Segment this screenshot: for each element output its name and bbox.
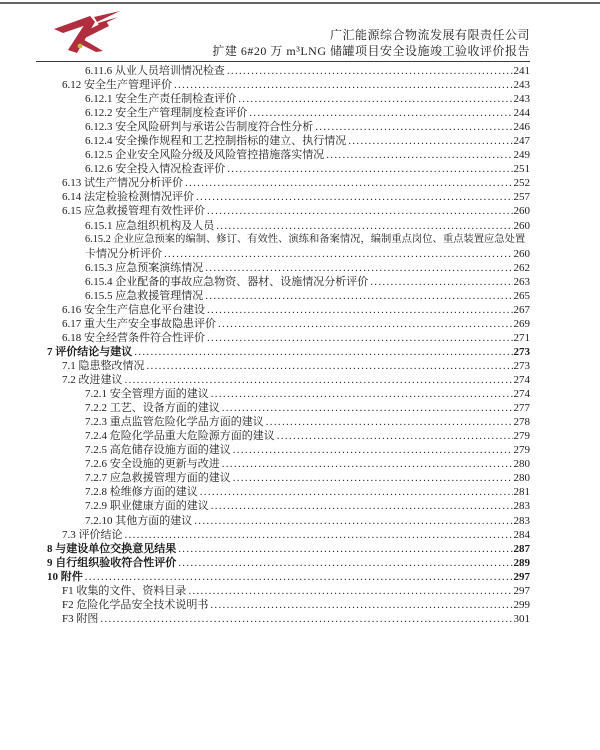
toc-entry-leader (194, 514, 512, 528)
toc-entry: 6.12.4 安全操作规程和工艺控制指标的建立、执行情况 247 (36, 134, 530, 148)
company-logo-icon (50, 10, 122, 56)
toc-entry-page: 263 (514, 275, 531, 289)
toc-entry-text: 7.1 隐患整改情况 (62, 359, 145, 373)
toc-entry-text: 7.2.9 职业健康方面的建议 (85, 499, 209, 513)
toc-entry-leader (207, 331, 513, 345)
document-page: 广汇能源综合物流发展有限责任公司 扩建 6#20 万 m³LNG 储罐项目安全设… (0, 0, 600, 750)
toc-entry-page: 267 (514, 303, 531, 317)
toc-entry: 6.12.1 安全生产责任制检查评价 243 (36, 92, 530, 106)
toc-entry-leader (164, 247, 513, 261)
toc-entry: 8 与建设单位交换意见结果 287 (36, 542, 530, 556)
toc-entry: 7.2 改进建议 274 (36, 373, 530, 387)
page-header: 广汇能源综合物流发展有限责任公司 扩建 6#20 万 m³LNG 储罐项目安全设… (170, 27, 530, 59)
toc-entry-leader (125, 373, 513, 387)
toc-entry-text: 7.2.3 重点监管危险化学品方面的建议 (85, 415, 264, 429)
toc-entry-page: 252 (514, 176, 531, 190)
toc-entry-leader (222, 457, 513, 471)
toc-entry-page: 243 (514, 92, 531, 106)
toc-entry-leader (147, 359, 513, 373)
toc-entry: 6.18 安全经营条件符合性评价 271 (36, 331, 530, 345)
toc-entry-page: 273 (514, 359, 531, 373)
toc-entry-page: 301 (514, 612, 531, 626)
toc-entry: 7.2.6 安全设施的更新与改进 280 (36, 457, 530, 471)
toc-entry-text: 6.12 安全生产管理评价 (62, 78, 172, 92)
toc-entry-text: 6.18 安全经营条件符合性评价 (62, 331, 205, 345)
toc-entry-text: 7.2.5 高危储存设施方面的建议 (85, 443, 231, 457)
toc-entry-page: 251 (514, 162, 531, 176)
toc-entry-text: 7.2.7 应急救援管理方面的建议 (85, 471, 231, 485)
toc-entry-text: 7.3 评价结论 (62, 528, 123, 542)
toc-entry: 9 自行组织验收符合性评价 289 (36, 556, 530, 570)
toc-entry-text: 8 与建设单位交换意见结果 (47, 542, 176, 556)
toc-entry-page: 297 (514, 584, 531, 598)
toc-entry-page: 247 (514, 134, 531, 148)
toc-entry-text: 7.2.2 工艺、设备方面的建议 (85, 401, 220, 415)
toc-entry: 6.12.3 安全风险研判与承诺公告制度符合性分析 246 (36, 120, 530, 134)
toc-entry: 7.2.1 安全管理方面的建议 274 (36, 387, 530, 401)
toc-entry: F3 附图 301 (36, 612, 530, 626)
toc-entry-text: 10 附件 (47, 570, 83, 584)
toc-entry-page: 274 (514, 387, 531, 401)
toc-entry-text: 6.12.3 安全风险研判与承诺公告制度符合性分析 (85, 120, 313, 134)
toc-entry-leader (196, 190, 513, 204)
toc-entry-leader (326, 148, 512, 162)
toc-entry-leader (205, 261, 512, 275)
page-top-edge (0, 2, 600, 4)
toc-entry-text: 6.11.6 从业人员培训情况检查 (85, 64, 225, 78)
toc-entry-text: 6.12.1 安全生产责任制检查评价 (85, 92, 236, 106)
toc-entry: 7.2.8 检维修方面的建议 281 (36, 485, 530, 499)
toc-entry-page: 260 (514, 204, 531, 218)
toc-entry: 7.2.3 重点监管危险化学品方面的建议 278 (36, 415, 530, 429)
toc-entry-leader (227, 162, 512, 176)
toc-entry-page: 243 (514, 78, 531, 92)
toc-entry-page: 283 (514, 514, 531, 528)
toc-entry-text: 7.2.1 安全管理方面的建议 (85, 387, 209, 401)
toc-entry-text: 6.12.2 安全生产管理制度检查评价 (85, 106, 247, 120)
toc-entry-leader (370, 275, 512, 289)
toc-entry-page: 260 (514, 219, 531, 233)
toc-entry-leader (185, 176, 513, 190)
toc-entry-text: 7.2 改进建议 (62, 373, 123, 387)
toc-entry: 10 附件 297 (36, 570, 530, 584)
toc-entry-text: 6.15 应急救援管理有效性评价 (62, 204, 205, 218)
toc-entry-page: 271 (514, 331, 531, 345)
toc-entry: 7.2.9 职业健康方面的建议 283 (36, 499, 530, 513)
toc-entry: 6.12.6 安全投入情况检查评价 251 (36, 162, 530, 176)
toc-entry: 卡情况分析评价 260 (36, 247, 530, 261)
toc-entry-page: 277 (514, 401, 531, 415)
toc-entry-leader (216, 219, 512, 233)
toc-entry-page: 289 (514, 556, 531, 570)
toc-entry: F2 危险化学品安全技术说明书 299 (36, 598, 530, 612)
toc-entry: 6.11.6 从业人员培训情况检查 241 (36, 64, 530, 78)
toc-entry-text: 6.17 重大生产安全事故隐患评价 (62, 317, 216, 331)
toc-entry: 7.1 隐患整改情况 273 (36, 359, 530, 373)
toc-entry-leader (348, 134, 512, 148)
toc-entry: 6.15.5 应急救援管理情况 265 (36, 289, 530, 303)
toc-entry-page: 265 (514, 289, 531, 303)
toc-entry: 6.15.4 企业配备的事故应急物资、器材、设施情况分析评价 263 (36, 275, 530, 289)
toc-entry-leader (125, 528, 513, 542)
toc-entry-text: 卡情况分析评价 (85, 247, 162, 261)
toc-entry-leader (200, 485, 513, 499)
toc-entry-text: 6.15.5 应急救援管理情况 (85, 289, 203, 303)
toc-entry-text: 7.2.4 危险化学品重大危险源方面的建议 (85, 429, 275, 443)
toc-entry-page: 260 (514, 247, 531, 261)
toc-entry-text: 7.2.8 检维修方面的建议 (85, 485, 198, 499)
toc-entry: 6.15.2 企业应急预案的编制、修订、有效性、演练和备案情况，编制重点岗位、重… (36, 233, 530, 247)
toc-entry-text: 6.12.5 企业安全风险分级及风险管控措施落实情况 (85, 148, 324, 162)
toc-entry-page: 280 (514, 457, 531, 471)
toc-entry-leader (85, 570, 513, 584)
toc-entry: 7 评价结论与建议 273 (36, 345, 530, 359)
toc-entry: 6.15.1 应急组织机构及人员 260 (36, 219, 530, 233)
toc-entry: 7.2.7 应急救援管理方面的建议 280 (36, 471, 530, 485)
toc-entry-page: 278 (514, 415, 531, 429)
toc-entry-page: 241 (514, 64, 531, 78)
toc-entry-leader (233, 471, 513, 485)
toc-entry-page: 281 (514, 485, 531, 499)
toc-entry: 6.16 安全生产信息化平台建设 267 (36, 303, 530, 317)
toc-entry-text: F3 附图 (62, 612, 98, 626)
toc-entry-leader (222, 401, 513, 415)
toc-entry-text: F1 收集的文件、资料目录 (62, 584, 186, 598)
toc-entry-text: 6.12.6 安全投入情况检查评价 (85, 162, 225, 176)
toc-entry-page: 287 (514, 542, 531, 556)
toc-entry-text: 6.13 试生产情况分析评价 (62, 176, 183, 190)
toc-entry: 6.12 安全生产管理评价 243 (36, 78, 530, 92)
header-company-name: 广汇能源综合物流发展有限责任公司 (170, 27, 530, 43)
toc-entry: F1 收集的文件、资料目录 297 (36, 584, 530, 598)
toc-entry-text: 6.12.4 安全操作规程和工艺控制指标的建立、执行情况 (85, 134, 346, 148)
toc-entry-leader (211, 387, 513, 401)
toc-entry-leader (227, 64, 513, 78)
toc-entry-leader (238, 92, 512, 106)
toc-entry-text: 6.14 法定检验检测情况评价 (62, 190, 194, 204)
toc-entry-page: 244 (514, 106, 531, 120)
toc-entry-leader (178, 542, 512, 556)
toc-entry-leader (205, 289, 512, 303)
toc-entry-page: 273 (514, 345, 531, 359)
toc-entry: 6.17 重大生产安全事故隐患评价 269 (36, 317, 530, 331)
toc-entry-leader (218, 317, 513, 331)
toc-entry-leader (207, 303, 513, 317)
toc-entry-text: 6.15.3 应急预案演练情况 (85, 261, 203, 275)
toc-entry-text: 6.15.4 企业配备的事故应急物资、器材、设施情况分析评价 (85, 275, 368, 289)
toc-entry: 6.14 法定检验检测情况评价 257 (36, 190, 530, 204)
toc-entry: 7.2.10 其他方面的建议 283 (36, 514, 530, 528)
header-divider (36, 61, 530, 62)
toc-entry-leader (211, 499, 513, 513)
toc-entry: 6.15 应急救援管理有效性评价 260 (36, 204, 530, 218)
toc-entry-page: 284 (514, 528, 531, 542)
toc-entry: 7.2.2 工艺、设备方面的建议 277 (36, 401, 530, 415)
toc-entry-page: 299 (514, 598, 531, 612)
toc-entry-page: 283 (514, 499, 531, 513)
toc-entry-page: 269 (514, 317, 531, 331)
toc-entry: 7.3 评价结论 284 (36, 528, 530, 542)
toc-entry: 6.15.3 应急预案演练情况 262 (36, 261, 530, 275)
toc-entry: 7.2.5 高危储存设施方面的建议 279 (36, 443, 530, 457)
toc-entry-page: 246 (514, 120, 531, 134)
toc-entry-leader (188, 584, 512, 598)
toc-entry-page: 257 (514, 190, 531, 204)
toc-entry-leader (174, 78, 513, 92)
toc-entry-text: 6.15.1 应急组织机构及人员 (85, 219, 214, 233)
toc-entry-text: F2 危险化学品安全技术说明书 (62, 598, 208, 612)
toc-entry-text: 9 自行组织验收符合性评价 (47, 556, 176, 570)
toc-entry-page: 274 (514, 373, 531, 387)
toc-entry: 6.12.2 安全生产管理制度检查评价 244 (36, 106, 530, 120)
toc-entry-leader (207, 204, 513, 218)
toc-entry: 6.12.5 企业安全风险分级及风险管控措施落实情况 249 (36, 148, 530, 162)
toc-entry-leader (266, 415, 513, 429)
toc-entry-leader (100, 612, 512, 626)
toc-entry-leader (277, 429, 513, 443)
toc-entry-text: 6.16 安全生产信息化平台建设 (62, 303, 205, 317)
toc-entry-text: 7.2.10 其他方面的建议 (85, 514, 192, 528)
toc-entry-text: 6.15.2 企业应急预案的编制、修订、有效性、演练和备案情况，编制重点岗位、重… (85, 233, 525, 247)
toc-entry-page: 262 (514, 261, 531, 275)
toc-entry-leader (210, 598, 512, 612)
toc-entry-leader (233, 443, 513, 457)
toc-entry-page: 249 (514, 148, 531, 162)
toc-entry-leader (315, 120, 512, 134)
toc-list: 6.11.6 从业人员培训情况检查 241 6.12 安全生产管理评价 243 … (36, 64, 530, 626)
header-report-title: 扩建 6#20 万 m³LNG 储罐项目安全设施竣工验收评价报告 (170, 43, 530, 59)
toc-entry-leader (178, 556, 512, 570)
toc-entry-leader (249, 106, 512, 120)
toc-entry-page: 280 (514, 471, 531, 485)
toc-entry: 6.13 试生产情况分析评价 252 (36, 176, 530, 190)
toc-entry-page: 279 (514, 443, 531, 457)
toc-entry-page: 279 (514, 429, 531, 443)
toc-entry-page: 297 (514, 570, 531, 584)
toc-entry-leader (134, 345, 512, 359)
toc-entry: 7.2.4 危险化学品重大危险源方面的建议 279 (36, 429, 530, 443)
toc-entry-text: 7 评价结论与建议 (47, 345, 132, 359)
toc-entry-text: 7.2.6 安全设施的更新与改进 (85, 457, 220, 471)
